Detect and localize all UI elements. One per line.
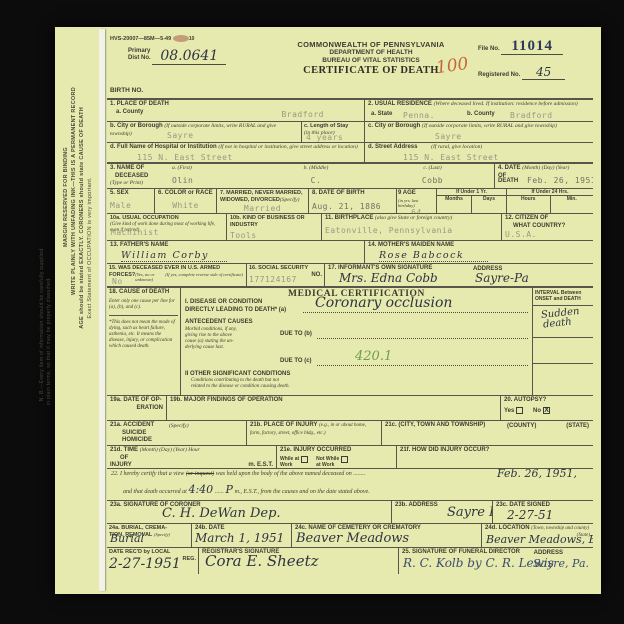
sex-value: Male	[110, 201, 151, 210]
occupation-value: Machinist	[111, 228, 159, 237]
interval-value-2: death	[543, 316, 573, 330]
state-label: a. State	[371, 111, 392, 119]
marital-value: Married	[220, 204, 305, 213]
funeral-director-label: 25. SIGNATURE OF FUNERAL DIRECTOR	[402, 549, 520, 555]
certificate-paper: N. B.—Every item of information should b…	[55, 27, 601, 594]
certify-time-value: 4:40	[188, 483, 213, 496]
not-while-work-label-2: at Work	[316, 462, 334, 468]
cause-a-value: Coronary occlusion	[315, 295, 452, 311]
date-of-operation-label-1: 19a. DATE OF OP-	[110, 397, 163, 405]
res-county-label: b. County	[467, 111, 495, 119]
certify-strike-inquest: (or inquest)	[186, 471, 214, 477]
location-label: 24d. LOCATION	[485, 525, 530, 531]
birth-no-label: BIRTH NO.	[110, 87, 143, 95]
place-of-injury-label: 21b. PLACE OF INJURY	[250, 422, 317, 428]
sex-label: 5. SEX	[110, 190, 151, 198]
last-name-label: c. (Last)	[374, 165, 491, 172]
informant-signature: Mrs. Edna Cobb	[339, 271, 438, 285]
name-title-1: 3. NAME OF	[110, 165, 166, 173]
hospital-note: (If not in hospital or institution, give…	[218, 144, 357, 150]
primary-dist-label-2: Dist No.	[128, 55, 151, 63]
medical-certification-box: MEDICAL CERTIFICATION I. DISEASE OR COND…	[181, 288, 533, 395]
res-county-value: Bradford	[510, 111, 553, 120]
photo-of-death-certificate: N. B.—Every item of information should b…	[0, 0, 624, 624]
row-occupation: 10a. USUAL OCCUPATION (Give kind of work…	[107, 214, 593, 241]
disease-label-2: DIRECTLY LEADING TO DEATH*	[185, 307, 277, 313]
mother-label: 14. MOTHER'S MAIDEN NAME	[368, 242, 590, 250]
file-no-value: 11014	[501, 38, 563, 55]
accident-label-2: SUICIDE	[110, 430, 243, 438]
row-coroner: 23a. SIGNATURE OF CORONER C. H. DeWan De…	[107, 501, 593, 524]
form-number: HVS-20007—85M—5-49	[110, 36, 171, 42]
autopsy-yes-checkbox	[516, 407, 523, 414]
injury-occurred-label: 21e. INJURY OCCURRED	[280, 447, 393, 455]
cause-note-1: Enter only one cause per line for (a), (…	[109, 299, 178, 311]
burial-label-1: 24a. BURIAL, CREMA-	[109, 525, 189, 532]
registered-no-value: 45	[522, 65, 565, 80]
certify-date-value: Feb. 26, 1951,	[497, 469, 577, 480]
while-at-work-label-2: Work	[280, 462, 292, 468]
cause-of-death-label: 18. CAUSE of DEATH	[109, 289, 178, 297]
city-borough-label: b. City or Borough	[110, 123, 163, 129]
birthplace-label: 11. BIRTHPLACE	[325, 215, 373, 221]
accident-note: (Specify)	[169, 423, 189, 430]
informant-address-value: Sayre-Pa	[475, 271, 529, 285]
race-label: 6. COLOR or RACE	[158, 190, 213, 198]
injury-county-label: (COUNTY)	[507, 423, 536, 431]
row-burial: 24a. BURIAL, CREMA- TION, REMOVAL (Speci…	[107, 524, 593, 548]
hospital-label: d. Full Name of Hospital or Institution	[110, 144, 217, 150]
row-injury-2: 21d. TIME (Month) (Day) (Year) Hour OF I…	[107, 446, 593, 469]
autopsy-no-checkbox: X	[543, 407, 550, 414]
form-header: HVS-20007—85M—5-49 10 Primary Dist No. 0…	[107, 34, 593, 100]
usual-residence-note: (Where deceased lived. If institution: r…	[434, 101, 578, 107]
time-of-injury-label-1: 21d. TIME	[110, 447, 138, 453]
name-title-2: DECEASED	[110, 173, 166, 181]
mother-value: Rose Babcock	[379, 250, 488, 262]
location-note: (Town, township and county)	[531, 526, 589, 531]
dod-value: Feb. 26, 1951	[527, 176, 593, 185]
armed-forces-note-2: (If yes, complete reverse side of certif…	[165, 272, 244, 283]
burial-note: (Specify)	[154, 532, 170, 537]
row-parents: 13. FATHER'S NAME William Corby 14. MOTH…	[107, 241, 593, 264]
certify-dots-1: ........	[353, 471, 365, 477]
under-24hrs-label: If Under 24 Hrs.	[507, 189, 593, 196]
date-recd-label-1: DATE REC'D by LOCAL	[109, 549, 196, 556]
binding-page-edge	[99, 29, 105, 591]
injury-state-label: (STATE)	[566, 423, 589, 431]
stamp-number: 10	[189, 36, 195, 42]
county-label: a. County	[110, 109, 278, 117]
age-value: 64	[398, 208, 435, 213]
certify-text-2: was held upon the body of the above name…	[216, 471, 352, 477]
header-left: HVS-20007—85M—5-49 10 Primary Dist No. 0…	[107, 34, 267, 98]
cause-code-value: 420.1	[355, 349, 392, 364]
accident-label-1: 21a. ACCIDENT	[110, 422, 154, 428]
cause-note-2: *This does not mean the mode of dying, s…	[109, 320, 178, 350]
not-while-work-checkbox	[341, 456, 348, 463]
autopsy-no-label: No	[533, 408, 541, 414]
dod-sub-label: (Month) (Day) (Year)	[522, 165, 569, 171]
city-borough-value: Sayre	[167, 131, 194, 140]
father-label: 13. FATHER'S NAME	[110, 242, 361, 250]
margin-note-permanent-record: WRITE PLAINLY WITH UNFADING INK—THIS IS …	[71, 87, 77, 295]
armed-forces-label-1: 15. WAS DECEASED EVER IN U.S. ARMED	[109, 265, 244, 272]
days-label: Days	[472, 196, 506, 213]
margin-note-age-exactly: AGE should be stated EXACTLY. CORONERS s…	[79, 107, 85, 329]
burial-value: Burial	[110, 532, 144, 545]
state-value: Penna.	[403, 111, 435, 120]
date-recd-value: 2-27-1951	[109, 556, 181, 572]
row-medical-certification: 18. CAUSE of DEATH Enter only one cause …	[107, 288, 593, 396]
ink-stamp-icon	[173, 35, 189, 42]
time-of-injury-est: m. E.S.T.	[248, 462, 273, 468]
certify-dots-2: ......	[215, 489, 224, 495]
street-label: d. Street Address	[368, 144, 417, 150]
autopsy-yes-label: Yes	[504, 408, 514, 414]
last-name-value: Cobb	[374, 176, 491, 185]
row-place-residence: 1. PLACE OF DEATH a. County Bradford b. …	[107, 100, 593, 164]
ssn-label-2: NO.	[311, 272, 322, 280]
autopsy-label: 20. AUTOPSY?	[504, 397, 590, 405]
funeral-director-address-value: Sayre, Pa.	[533, 557, 589, 570]
margin-note-nb: N. B.—Every item of information should b…	[39, 247, 45, 401]
margin-note-plain-terms: in plain terms, so that it may be proper…	[46, 277, 52, 405]
dob-label: 8. DATE OF BIRTH	[312, 190, 393, 198]
major-findings-label: 19b. MAJOR FINDINGS OF OPERATION	[170, 397, 497, 405]
cemetery-value: Beaver Meadows	[296, 531, 409, 546]
row-forces-informant: 15. WAS DECEASED EVER IN U.S. ARMED FORC…	[107, 264, 593, 288]
res-city-note: (If outside corporate limits, write RURA…	[422, 123, 557, 129]
ssn-label-1: 16. SOCIAL SECURITY	[249, 265, 322, 272]
date-of-operation-label-2: ERATION	[110, 405, 163, 413]
industry-label: 10b. KIND OF BUSINESS OR INDUSTRY	[230, 215, 318, 229]
certify-pm-value: P	[226, 483, 233, 496]
first-name-value: Olin	[172, 176, 258, 185]
dod-label-3: DEATH	[498, 178, 518, 186]
registrar-signature-value: Cora E. Sheetz	[205, 552, 319, 570]
name-title-3: (Type or Print)	[110, 180, 166, 187]
length-of-stay-value: 4 years	[306, 133, 343, 142]
hospital-value: 115 N. East Street	[137, 153, 233, 162]
header-right: File No. 11014 Registered No. 45	[475, 34, 593, 98]
age-note: (in yrs. last birthday)	[398, 198, 435, 209]
usual-residence-box: 2. USUAL RESIDENCE (Where deceased lived…	[365, 100, 593, 162]
armed-forces-note-1: (Yes, no or unknown)	[135, 272, 165, 283]
usual-residence-title: 2. USUAL RESIDENCE	[368, 101, 432, 107]
place-of-death-title: 1. PLACE OF DEATH	[110, 101, 278, 109]
interval-label-2: ONSET and DEATH	[535, 296, 591, 302]
due-to-b-label: DUE TO (b)	[280, 331, 312, 339]
under-1yr-label: If Under 1 Yr.	[437, 189, 506, 196]
marital-label-1: 7. MARRIED, NEVER MARRIED,	[220, 190, 305, 197]
coroner-address-value: Sayre Pa	[447, 505, 493, 520]
race-value: White	[158, 201, 213, 210]
certificate-form: HVS-20007—85M—5-49 10 Primary Dist No. 0…	[107, 34, 593, 582]
due-to-c-label: DUE TO (c)	[280, 358, 312, 366]
citizen-label-2: WHAT COUNTRY?	[505, 223, 590, 231]
disease-a: (a)	[279, 307, 286, 313]
row-injury-1: 21a. ACCIDENT (Specify) SUICIDE HOMICIDE…	[107, 421, 593, 446]
registered-no-label: Registered No.	[478, 72, 520, 78]
margin-note-binding: MARGIN RESERVED FOR BINDING	[63, 147, 69, 247]
age-label: 9 AGE	[398, 190, 416, 196]
interval-column: INTERVAL Between ONSET and DEATH Sudden …	[533, 288, 593, 395]
other-significant-note-2: related to the disease or condition caus…	[185, 384, 528, 390]
row-registrar-director: DATE REC'D by LOCAL REG. 2-27-1951 REGIS…	[107, 548, 593, 574]
morbid-note-4: derlying cause last.	[185, 345, 275, 351]
primary-dist-value: 08.0641	[152, 48, 226, 65]
street-value: 115 N. East Street	[403, 153, 499, 162]
father-value: William Corby	[121, 250, 227, 262]
how-injury-label: 21f. HOW DID INJURY OCCUR?	[400, 447, 489, 453]
time-of-injury-label-2: OF	[110, 455, 273, 463]
antecedent-label: ANTECEDENT CAUSES	[185, 319, 528, 327]
res-city-label: c. City or Borough	[368, 123, 420, 129]
citizen-label-1: 12. CITIZEN OF	[505, 215, 590, 223]
certify-text-4: m., E.S.T., from the causes and on the d…	[235, 489, 370, 495]
months-label: Months	[437, 196, 472, 213]
middle-name-label: b. (Middle)	[264, 165, 368, 172]
occupation-label: 10a. USUAL OCCUPATION	[110, 215, 223, 222]
dod-label-1: 4. DATE	[498, 165, 521, 171]
dob-value: Aug. 21, 1886	[312, 202, 393, 211]
county-value: Bradford	[281, 100, 364, 121]
birthplace-value: Eatonville, Pennsylvania	[325, 226, 498, 235]
row-sex-age: 5. SEX Male 6. COLOR or RACE White 7. MA…	[107, 189, 593, 214]
date-signed-value: 2-27-51	[507, 508, 553, 522]
file-no-label: File No.	[478, 46, 500, 52]
location-value: Beaver Meadows, Bradford, Pa.	[486, 533, 593, 546]
hours-label: Hours	[507, 196, 551, 213]
birthplace-note: (also give State or foreign country)	[375, 215, 452, 221]
certify-text-1: 22. I hereby certify that a view	[111, 471, 184, 477]
accident-label-3: HOMICIDE	[110, 437, 243, 445]
res-city-value: Sayre	[435, 132, 462, 141]
coroner-signature-value: C. H. DeWan Dep.	[162, 506, 281, 521]
injury-city-label: 21c. (CITY, TOWN AND TOWNSHIP)	[385, 422, 485, 428]
primary-dist-label-1: Primary	[128, 48, 151, 56]
middle-name-value: C.	[264, 176, 368, 185]
place-of-death-box: 1. PLACE OF DEATH a. County Bradford b. …	[107, 100, 365, 162]
time-of-injury-label-3: INJURY	[110, 462, 132, 468]
citizen-value: U.S.A.	[505, 230, 590, 239]
row-operation-autopsy: 19a. DATE OF OP- ERATION 19b. MAJOR FIND…	[107, 396, 593, 421]
street-note: (If rural, give location)	[419, 144, 482, 150]
department-line: DEPARTMENT OF HEALTH	[270, 49, 472, 57]
armed-forces-value: No	[112, 277, 123, 286]
row-name-dod: 3. NAME OF DECEASED (Type or Print) a. (…	[107, 164, 593, 189]
row-certify: 22. I hereby certify that a view (or inq…	[107, 469, 593, 501]
commonwealth-line: COMMONWEALTH OF PENNSYLVANIA	[270, 40, 472, 49]
certify-text-3: and that death occurred at	[123, 489, 187, 495]
burial-date-value: March 1, 1951	[195, 531, 284, 545]
time-of-injury-sub: (Month) (Day) (Year) Hour	[140, 447, 200, 453]
marital-label-2: WIDOWED, DIVORCED	[220, 197, 280, 203]
cause-of-death-side: 18. CAUSE of DEATH Enter only one cause …	[107, 288, 181, 395]
while-at-work-checkbox	[301, 456, 308, 463]
other-significant-label: II OTHER SIGNIFICANT CONDITIONS	[185, 371, 528, 379]
funeral-director-signature: R. C. Kolb by C. R. Lewis	[403, 556, 554, 570]
marital-note: (Specify)	[280, 197, 300, 203]
min-label: Min.	[551, 196, 594, 213]
industry-value: Tools	[230, 231, 318, 240]
length-of-stay-label: c. Length of Stay	[304, 123, 348, 129]
first-name-label: a. (First)	[172, 165, 258, 172]
margin-note-occupation: Exact Statement of OCCUPATION is very im…	[87, 177, 93, 319]
